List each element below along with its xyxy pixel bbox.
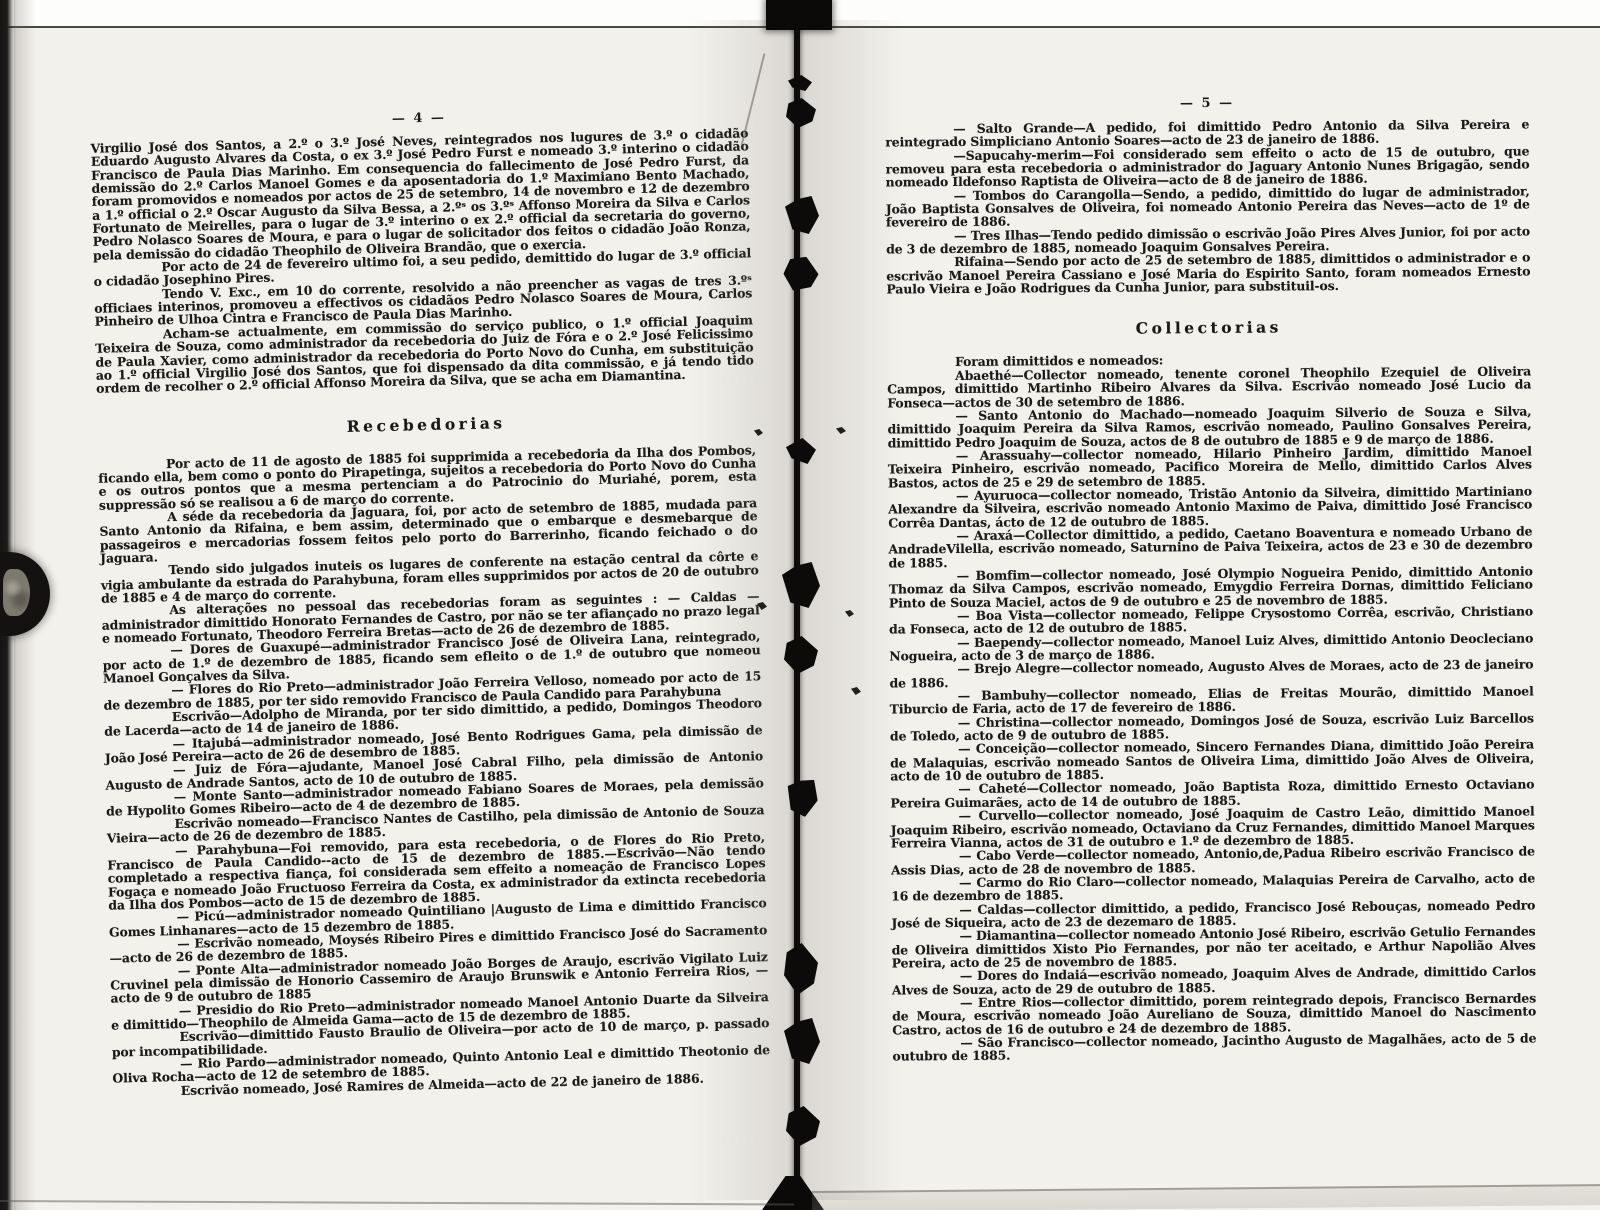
right-section-title: Collectorias [887,316,1531,340]
paragraph: — Araxá—Collector dimittido, a pedido, C… [888,524,1532,569]
paragraph: —Sapucahy-merim—Foi considerado sem effe… [885,144,1529,189]
paragraph: — Bomfim—collector nomeado, José Olympio… [889,564,1533,609]
left-page-bottom-edge [0,1200,794,1205]
paragraph: Virgilio José dos Santos, a 2.º o 3.º Jo… [90,126,751,262]
paragraph: — Tombos do Carangolla—Sendo, a pedido, … [886,184,1530,229]
page-left: — 4 — Virgilio José dos Santos, a 2.º o … [90,104,771,1098]
paragraph: — Diamantina—collector nomeado Antonio J… [892,925,1536,970]
paragraph: Acham-se actualmente, em commissão do se… [95,313,754,395]
right-page-number: — 5 — [885,94,1529,113]
paragraph: — Entre Rios—collector dimittido, porem … [892,991,1536,1036]
paragraph: — São Francisco—collector nomeado, Jacin… [892,1031,1536,1063]
book-scan: — 4 — Virgilio José dos Santos, a 2.º o … [0,0,1600,1210]
paragraph: Rifaina—Sendo por acto de 25 de setembro… [886,251,1530,296]
paragraph: — Ayuruoca—collector nomeado, Tristão An… [888,484,1532,529]
binder-clip [0,552,50,636]
right-page-bottom-shadow [812,1185,1600,1210]
gutter-shadow-right [800,20,904,1200]
right-intro-paragraphs: — Salto Grande—A pedido, foi dimittido P… [885,117,1530,296]
paragraph: — Conceição—collector nomeado, Sincero F… [890,738,1534,783]
page-right: — 5 — — Salto Grande—A pedido, foi dimit… [885,94,1537,1063]
paragraph: Abaethé—Collector nomeado, tenente coron… [887,364,1531,409]
binder-clip-highlight [3,569,30,616]
paragraph: — Curvello—collector nomeado, José Joaqu… [891,805,1535,850]
left-intro-paragraphs: Por acto de 24 de fevereiro ultimo foi, … [93,246,754,395]
left-section-title: Recebedorias [97,407,755,441]
paragraph: — Arassuahy—collector nomeado, Hilario P… [888,444,1532,489]
binding-cap-top [766,0,832,30]
right-section-paragraphs: Foram dimittidos e nomeados:Abaethé—Coll… [887,351,1537,1063]
left-section-paragraphs: Por acto de 11 de agosto de 1885 foi sup… [98,443,771,1099]
gutter-shadow-left [690,20,794,1200]
paragraph: — Santo Antonio do Machado—nomeado Joaqu… [887,404,1531,449]
